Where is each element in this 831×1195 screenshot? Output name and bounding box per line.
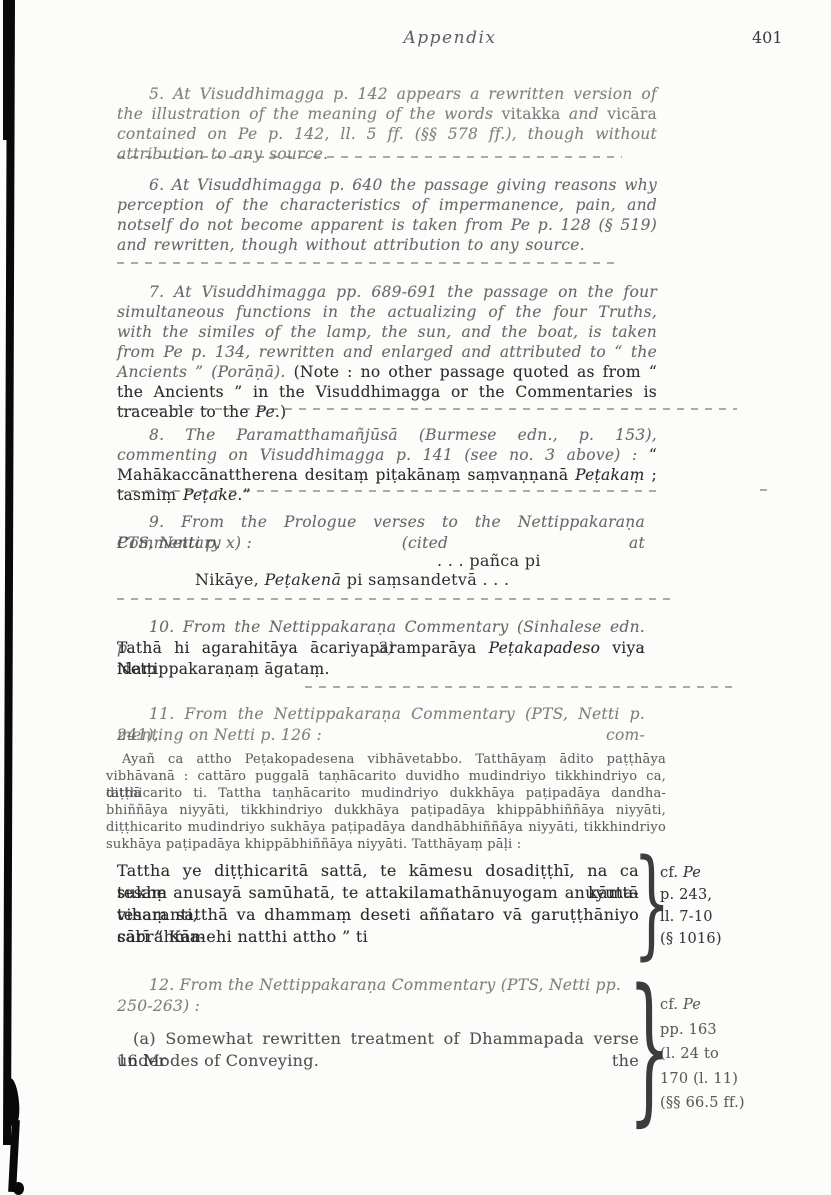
verse-line-1: . . . pañca pi bbox=[437, 551, 541, 570]
text-run: Nikāye, bbox=[195, 570, 264, 589]
paragraph-12-heading: 12. From the Nettippakaraṇa Commentary (… bbox=[117, 975, 645, 1017]
scan-gutter-bar-top bbox=[3, 0, 14, 140]
margin-note-line: pp. 163 bbox=[660, 1018, 745, 1043]
margin-note-line: cf. Pe bbox=[660, 993, 745, 1018]
pali-small-line: diṭṭhicarito ti. Tattha taṇhācarito mudi… bbox=[106, 785, 666, 802]
margin-note-line: ll. 7-10 bbox=[660, 906, 722, 928]
text-run: and bbox=[561, 105, 608, 123]
running-head-title: Appendix bbox=[350, 28, 550, 48]
verse-line-2: Nikāye, Peṭakenā pi saṃsandetvā . . . bbox=[195, 570, 509, 589]
pali-small-line: bhiññāya niyyāti, tikkhindriyo dukkhāya … bbox=[106, 802, 666, 819]
pali-term: Peṭakenā bbox=[264, 570, 341, 589]
text-run: 6. At Visuddhimagga p. 640 the passage g… bbox=[117, 176, 657, 254]
abbrev-pe: Pe bbox=[683, 997, 701, 1013]
pali-term: vicāra bbox=[607, 105, 657, 123]
paragraph-6: 6. At Visuddhimagga p. 640 the passage g… bbox=[117, 175, 657, 255]
text-run: 8. The Paramatthamañjūsā (Burmese edn., … bbox=[117, 426, 657, 464]
abbrev-pe: Pe bbox=[256, 403, 275, 421]
margin-note-11: cf. Pe p. 243, ll. 7-10 (§ 1016) bbox=[660, 862, 722, 950]
pali-small-line: Ayañ ca attho Peṭakopadesena vibhāvetabb… bbox=[106, 751, 666, 768]
pali-small-line: sukhāya paṭipadāya khippābhiññāya niyyāt… bbox=[106, 836, 666, 853]
pali-term: Peṭakapadeso bbox=[489, 639, 601, 657]
section-divider bbox=[305, 686, 735, 688]
section-divider bbox=[117, 490, 657, 492]
page-number: 401 bbox=[752, 28, 800, 47]
text-run: cf. bbox=[660, 997, 683, 1013]
paragraph-5: 5. At Visuddhimagga p. 142 appears a rew… bbox=[117, 84, 657, 164]
abbrev-pe: Pe bbox=[683, 865, 701, 881]
section-divider bbox=[117, 156, 622, 158]
scanned-book-page: Appendix 401 5. At Visuddhimagga p. 142 … bbox=[0, 0, 831, 1195]
margin-note-12: cf. Pe pp. 163 (l. 24 to 170 (l. 11) (§§… bbox=[660, 993, 745, 1116]
section-divider bbox=[117, 262, 617, 264]
pali-term: Peṭake bbox=[183, 486, 237, 504]
pali-quote: .” bbox=[237, 486, 250, 504]
pali-term: vitakka bbox=[502, 105, 561, 123]
section-divider bbox=[117, 598, 672, 600]
paragraph-11-heading-line2: menting on Netti p. 126 : bbox=[117, 725, 645, 746]
pali-term: Peṭakaṃ bbox=[575, 466, 645, 484]
pali-text: Tathā hi agarahitāya ācariyaparamparāya bbox=[117, 639, 489, 657]
margin-note-line: (l. 24 to bbox=[660, 1042, 745, 1067]
scan-blob-bottom-3 bbox=[13, 1182, 24, 1195]
text-run: cf. bbox=[660, 865, 683, 881]
paragraph-9-heading-line2: PTS, Netti p. x) : bbox=[117, 533, 645, 554]
text-run: pi saṃsandetvā . . . bbox=[341, 570, 509, 589]
margin-note-line: p. 243, bbox=[660, 884, 722, 906]
margin-note-line: 170 (l. 11) bbox=[660, 1067, 745, 1092]
section-divider bbox=[117, 408, 737, 410]
pali-small-line: diṭṭhicarito mudindriyo sukhāya paṭipadā… bbox=[106, 819, 666, 836]
text-run: .) bbox=[275, 403, 286, 421]
margin-note-line: (§ 1016) bbox=[660, 928, 722, 950]
divider-stray-dash bbox=[760, 489, 773, 491]
scan-gutter-bar bbox=[3, 0, 15, 1145]
margin-note-line: cf. Pe bbox=[660, 862, 722, 884]
margin-note-line: (§§ 66.5 ff.) bbox=[660, 1091, 745, 1116]
item-a-line2: 16 Modes of Conveying. bbox=[117, 1050, 639, 1072]
paragraph-8: 8. The Paramatthamañjūsā (Burmese edn., … bbox=[117, 425, 657, 505]
paragraph-7: 7. At Visuddhimagga pp. 689-691 the pass… bbox=[117, 282, 657, 422]
paragraph-10-body-line2: Nettippakaraṇaṃ āgataṃ. bbox=[117, 659, 645, 680]
pali-quote-line: cārī “ Kāmehi natthi attho ” ti bbox=[117, 926, 639, 948]
